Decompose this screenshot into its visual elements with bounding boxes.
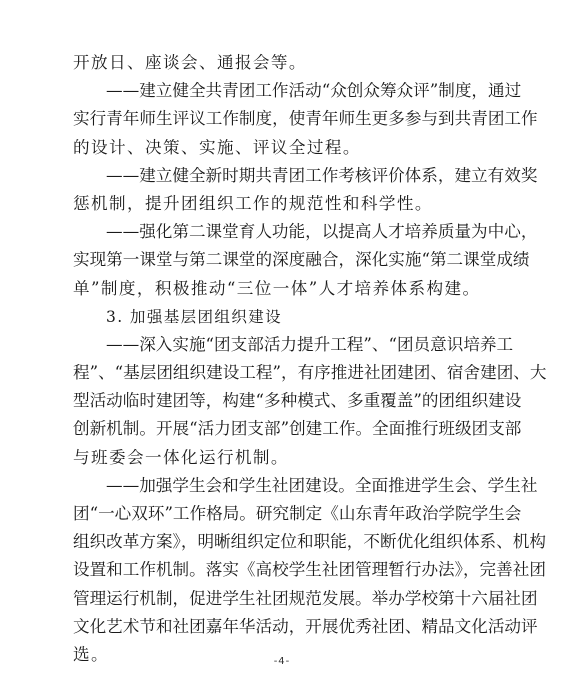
text-line: 的设计、决策、实施、评议全过程。 (73, 134, 509, 162)
text-line: 实行青年师生评议工作制度，使青年师生更多参与到共青团工作 (73, 105, 509, 133)
text-line: ——建立健全共青团工作活动“众创众筹众评”制度，通过 (73, 77, 509, 105)
body-text: 开放日、座谈会、通报会等。 ——建立健全共青团工作活动“众创众筹众评”制度，通过… (73, 49, 509, 669)
text-line: ——深入实施“团支部活力提升工程”、“团员意识培养工 (73, 331, 509, 359)
text-line: ——强化第二课堂育人功能，以提高人才培养质量为中心， (73, 218, 509, 246)
text-line: 惩机制，提升团组织工作的规范性和科学性。 (73, 190, 509, 218)
text-line: 管理运行机制，促进学生社团规范发展。举办学校第十六届社团 (73, 585, 509, 613)
text-line: 单”制度，积极推动“三位一体”人才培养体系构建。 (73, 275, 509, 303)
text-line: 设置和工作机制。落实《高校学生社团管理暂行办法》，完善社团 (73, 556, 509, 584)
text-line: ——建立健全新时期共青团工作考核评价体系，建立有效奖 (73, 162, 509, 190)
page-number: -4- (0, 656, 564, 667)
text-line: 与班委会一体化运行机制。 (73, 444, 509, 472)
document-page: 开放日、座谈会、通报会等。 ——建立健全共青团工作活动“众创众筹众评”制度，通过… (0, 0, 564, 699)
text-line: 实现第一课堂与第二课堂的深度融合，深化实施“第二课堂成绩 (73, 246, 509, 274)
text-line: 组织改革方案》，明晰组织定位和职能，不断优化组织体系、机构 (73, 528, 509, 556)
text-line: 开放日、座谈会、通报会等。 (73, 49, 509, 77)
text-line: 型活动临时建团等，构建“多种模式、多重覆盖”的团组织建设 (73, 387, 509, 415)
text-line: 程”、“基层团组织建设工程”，有序推进社团建团、宿舍建团、大 (73, 359, 509, 387)
text-line: 文化艺术节和社团嘉年华活动，开展优秀社团、精品文化活动评 (73, 613, 509, 641)
section-heading: 3. 加强基层团组织建设 (73, 303, 509, 331)
text-line: 团“一心双环”工作格局。研究制定《山东青年政治学院学生会 (73, 500, 509, 528)
text-line: 创新机制。开展“活力团支部”创建工作。全面推行班级团支部 (73, 415, 509, 443)
text-line: ——加强学生会和学生社团建设。全面推进学生会、学生社 (73, 472, 509, 500)
